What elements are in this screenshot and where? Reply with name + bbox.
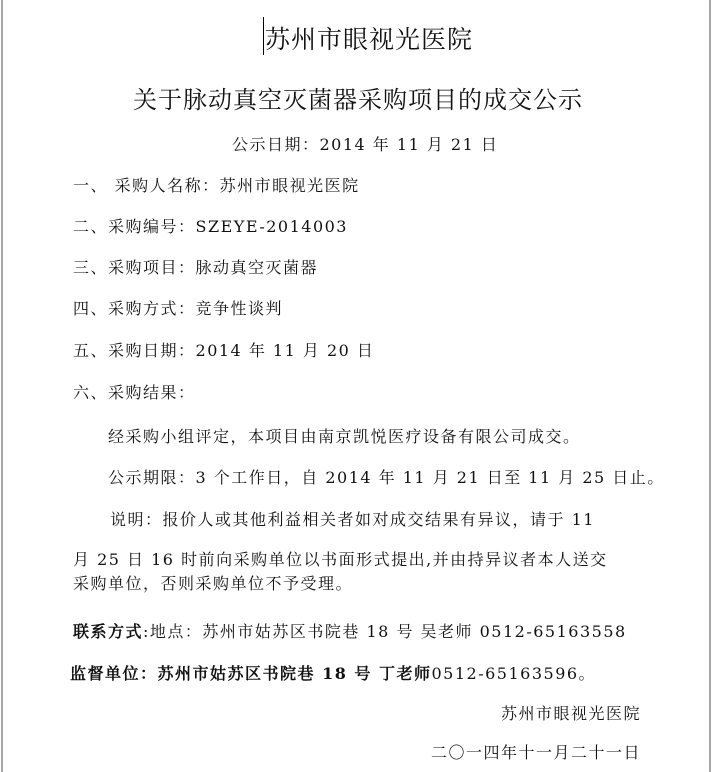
page-border-right bbox=[709, 0, 711, 772]
item-label: 三、采购项目： bbox=[73, 258, 196, 277]
result-winner: 经采购小组评定，本项目由南京凯悦医疗设备有限公司成交。 bbox=[108, 427, 581, 447]
result-period: 公示期限：3 个工作日，自 2014 年 11 月 21 日至 11 月 25 … bbox=[108, 468, 665, 488]
item-label: 五、采购日期： bbox=[73, 341, 196, 360]
signature-date: 二〇一四年十一月二十一日 bbox=[431, 743, 641, 763]
signature-org: 苏州市眼视光医院 bbox=[501, 704, 641, 724]
result-note-line-3: 采购单位，否则采购单位不予受理。 bbox=[73, 574, 353, 594]
item-procurement-date: 五、采购日期：2014 年 11 月 20 日 bbox=[73, 341, 374, 361]
contact-colon: : bbox=[143, 622, 150, 641]
page-border-left bbox=[1, 0, 3, 772]
org-title: 苏州市眼视光医院 bbox=[265, 24, 473, 56]
item-label: 二、采购编号： bbox=[73, 217, 196, 236]
item-value: 苏州市眼视光医院 bbox=[220, 176, 360, 195]
result-note-line-2: 月 25 日 16 时前向采购单位以书面形式提出,并由持异议者本人送交 bbox=[73, 550, 608, 570]
item-procurement-method: 四、采购方式：竞争性谈判 bbox=[73, 299, 283, 319]
text-cursor bbox=[263, 17, 264, 55]
item-value: 2014 年 11 月 20 日 bbox=[196, 341, 375, 360]
supervision-label: 监督单位：苏州市姑苏区书院巷 18 号 丁老师 bbox=[70, 664, 431, 683]
item-procurement-number: 二、采购编号：SZEYE-2014003 bbox=[73, 217, 348, 237]
publish-date: 公示日期：2014 年 11 月 21 日 bbox=[232, 135, 498, 155]
item-purchaser: 一、 采购人名称：苏州市眼视光医院 bbox=[73, 176, 360, 196]
contact-text: 地点：苏州市姑苏区书院巷 18 号 吴老师 0512-65163558 bbox=[150, 622, 627, 641]
notice-title: 关于脉动真空灭菌器采购项目的成交公示 bbox=[120, 84, 596, 116]
item-label: 六、采购结果： bbox=[73, 383, 196, 402]
item-value: 脉动真空灭菌器 bbox=[196, 258, 319, 277]
item-procurement-project: 三、采购项目：脉动真空灭菌器 bbox=[73, 258, 318, 278]
contact-info: 联系方式:地点：苏州市姑苏区书院巷 18 号 吴老师 0512-65163558 bbox=[73, 622, 627, 642]
item-label: 一、 采购人名称： bbox=[73, 176, 220, 195]
item-value: 竞争性谈判 bbox=[196, 299, 284, 318]
item-label: 四、采购方式： bbox=[73, 299, 196, 318]
result-note-line-1: 说明：报价人或其他利益相关者如对成交结果有异议，请于 11 bbox=[110, 510, 595, 530]
supervision-phone: 0512-65163596。 bbox=[431, 664, 596, 683]
contact-label: 联系方式 bbox=[73, 622, 143, 641]
item-value: SZEYE-2014003 bbox=[196, 217, 348, 236]
supervision-info: 监督单位：苏州市姑苏区书院巷 18 号 丁老师0512-65163596。 bbox=[70, 664, 596, 684]
item-procurement-result: 六、采购结果： bbox=[73, 383, 196, 403]
